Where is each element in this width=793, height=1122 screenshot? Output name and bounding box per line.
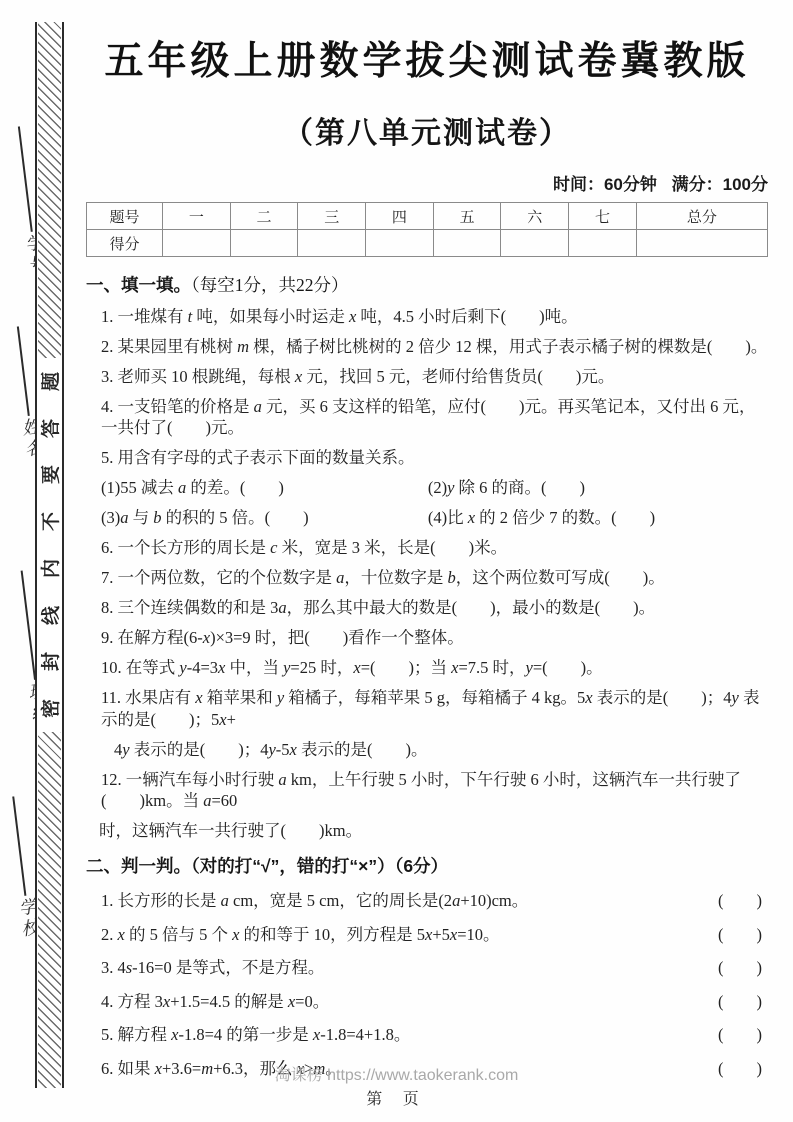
score-table: 题号 一 二 三 四 五 六 七 总分 得分: [86, 202, 768, 257]
question-line: 8. 三个连续偶数的和是 3a，那么其中最大的数是( )，最小的数是( )。: [86, 597, 768, 619]
score-header-cell: 三: [298, 203, 366, 230]
time-limit: 时间：60分钟: [553, 175, 657, 194]
question-subitems: (1)55 减去 a 的差。( ) (2)y 除 6 的商。( ): [86, 477, 768, 499]
blank-line: [12, 796, 26, 895]
score-header-cell: 四: [366, 203, 434, 230]
footer-page-number: 第 页: [0, 1086, 793, 1109]
seal-char: 密: [36, 699, 63, 718]
score-value-row: 得分: [87, 230, 768, 257]
tf-question: 1. 长方形的长是 a cm，宽是 5 cm，它的周长是(2a+10)cm。: [101, 887, 528, 911]
question-line: 10. 在等式 y-4=3x 中，当 y=25 时，x=( )；当 x=7.5 …: [86, 657, 768, 679]
section-1-title: 一、填一填。: [86, 275, 191, 295]
score-header-row: 题号 一 二 三 四 五 六 七 总分: [87, 203, 768, 230]
tf-answer-blank: ( ): [718, 887, 762, 911]
tf-question: 5. 解方程 x-1.8=4 的第一步是 x-1.8=4+1.8。: [101, 1021, 410, 1045]
seal-char: 线: [36, 606, 63, 625]
blank-line: [18, 126, 33, 231]
question-line-continued: 4y 表示的是( )；4y-5x 表示的是( )。: [86, 739, 768, 761]
tf-answer-blank: ( ): [718, 921, 762, 945]
tf-answer-blank: ( ): [718, 954, 762, 978]
score-cell: [569, 230, 637, 257]
blank-line: [17, 326, 30, 416]
score-cell: [366, 230, 434, 257]
question-subitem: (3)a 与 b 的积的 5 倍。( ): [101, 507, 428, 529]
tf-question: 4. 方程 3x+1.5=4.5 的解是 x=0。: [101, 988, 329, 1012]
seal-char: 内: [36, 559, 63, 578]
seal-char: 题: [36, 372, 63, 391]
question-subitems: (3)a 与 b 的积的 5 倍。( ) (4)比 x 的 2 倍少 7 的数。…: [86, 507, 768, 529]
question-line: 9. 在解方程(6-x)×3=9 时，把( )看作一个整体。: [86, 627, 768, 649]
question-line: 1. 一堆煤有 t 吨，如果每小时运走 x 吨，4.5 小时后剩下( )吨。: [86, 306, 768, 328]
score-header-cell: 七: [569, 203, 637, 230]
exam-content: 五年级上册数学拔尖测试卷冀教版 （第八单元测试卷） 时间：60分钟 满分：100…: [86, 0, 768, 1079]
hatch-pattern-top: [38, 22, 61, 358]
full-score: 满分：100分: [672, 175, 768, 194]
question-line-continued: 时，这辆汽车一共行驶了( )km。: [86, 820, 768, 842]
exam-meta: 时间：60分钟 满分：100分: [86, 170, 768, 195]
question-line: 4. 一支铅笔的价格是 a 元，买 6 支这样的铅笔，应付( )元。再买笔记本，…: [86, 396, 768, 439]
tf-item: 3. 4s-16=0 是等式，不是方程。 ( ): [86, 954, 768, 978]
question-subitem: (1)55 减去 a 的差。( ): [101, 477, 428, 499]
seal-char: 答: [36, 419, 63, 438]
score-header-cell: 五: [433, 203, 501, 230]
seal-char: 封: [36, 652, 63, 671]
tf-item: 5. 解方程 x-1.8=4 的第一步是 x-1.8=4+1.8。 ( ): [86, 1021, 768, 1045]
score-cell: [298, 230, 366, 257]
seal-line-strip: 题 答 要 不 内 线 封 密: [35, 22, 64, 1088]
seal-char: 不: [36, 512, 63, 531]
section-1-note: （每空1分，共22分）: [191, 275, 349, 295]
tf-question: 2. x 的 5 倍与 5 个 x 的和等于 10，列方程是 5x+5x=10。: [101, 921, 500, 945]
question-subitem: (2)y 除 6 的商。( ): [428, 477, 585, 499]
tf-answer-blank: ( ): [718, 1021, 762, 1045]
question-line: 2. 某果园里有桃树 m 棵，橘子树比桃树的 2 倍少 12 棵，用式子表示橘子…: [86, 336, 768, 358]
page-title: 五年级上册数学拔尖测试卷冀教版: [86, 30, 768, 86]
question-line: 5. 用含有字母的式子表示下面的数量关系。: [86, 447, 768, 469]
score-cell: [501, 230, 569, 257]
seal-text: 题 答 要 不 内 线 封 密: [37, 358, 62, 732]
tf-answer-blank: ( ): [718, 988, 762, 1012]
score-cell: [163, 230, 231, 257]
hatch-pattern-bottom: [38, 732, 61, 1088]
tf-item: 1. 长方形的长是 a cm，宽是 5 cm，它的周长是(2a+10)cm。 (…: [86, 887, 768, 911]
score-cell: [636, 230, 767, 257]
page-subtitle: （第八单元测试卷）: [86, 108, 768, 152]
section-2-heading: 二、判一判。（对的打“√”，错的打“×”）（6分）: [86, 853, 768, 878]
score-header-cell: 六: [501, 203, 569, 230]
question-line: 12. 一辆汽车每小时行驶 a km，上午行驶 5 小时，下午行驶 6 小时，这…: [86, 769, 768, 812]
score-row-label: 得分: [87, 230, 163, 257]
footer-site-link: 淘课榜 https://www.taokerank.com: [0, 1062, 793, 1085]
seal-char: 要: [36, 465, 63, 484]
score-header-cell: 二: [230, 203, 298, 230]
question-subitem: (4)比 x 的 2 倍少 7 的数。( ): [428, 507, 655, 529]
score-header-cell: 一: [163, 203, 231, 230]
score-cell: [230, 230, 298, 257]
score-cell: [433, 230, 501, 257]
tf-item: 4. 方程 3x+1.5=4.5 的解是 x=0。 ( ): [86, 988, 768, 1012]
score-header-cell: 题号: [87, 203, 163, 230]
question-line: 11. 水果店有 x 箱苹果和 y 箱橘子，每箱苹果 5 g，每箱橘子 4 kg…: [86, 687, 768, 730]
exam-paper: 学号 姓名 班级 学校 题 答 要 不 内 线 封 密 五年级上册数学拔尖测试卷…: [0, 0, 793, 1122]
section-1-heading: 一、填一填。（每空1分，共22分）: [86, 272, 768, 297]
question-line: 6. 一个长方形的周长是 c 米，宽是 3 米，长是( )米。: [86, 537, 768, 559]
blank-line: [21, 570, 36, 679]
tf-question: 3. 4s-16=0 是等式，不是方程。: [101, 954, 324, 978]
tf-item: 2. x 的 5 倍与 5 个 x 的和等于 10，列方程是 5x+5x=10。…: [86, 921, 768, 945]
score-header-cell: 总分: [636, 203, 767, 230]
question-line: 7. 一个两位数，它的个位数字是 a，十位数字是 b，这个两位数可写成( )。: [86, 567, 768, 589]
question-line: 3. 老师买 10 根跳绳，每根 x 元，找回 5 元，老师付给售货员( )元。: [86, 366, 768, 388]
